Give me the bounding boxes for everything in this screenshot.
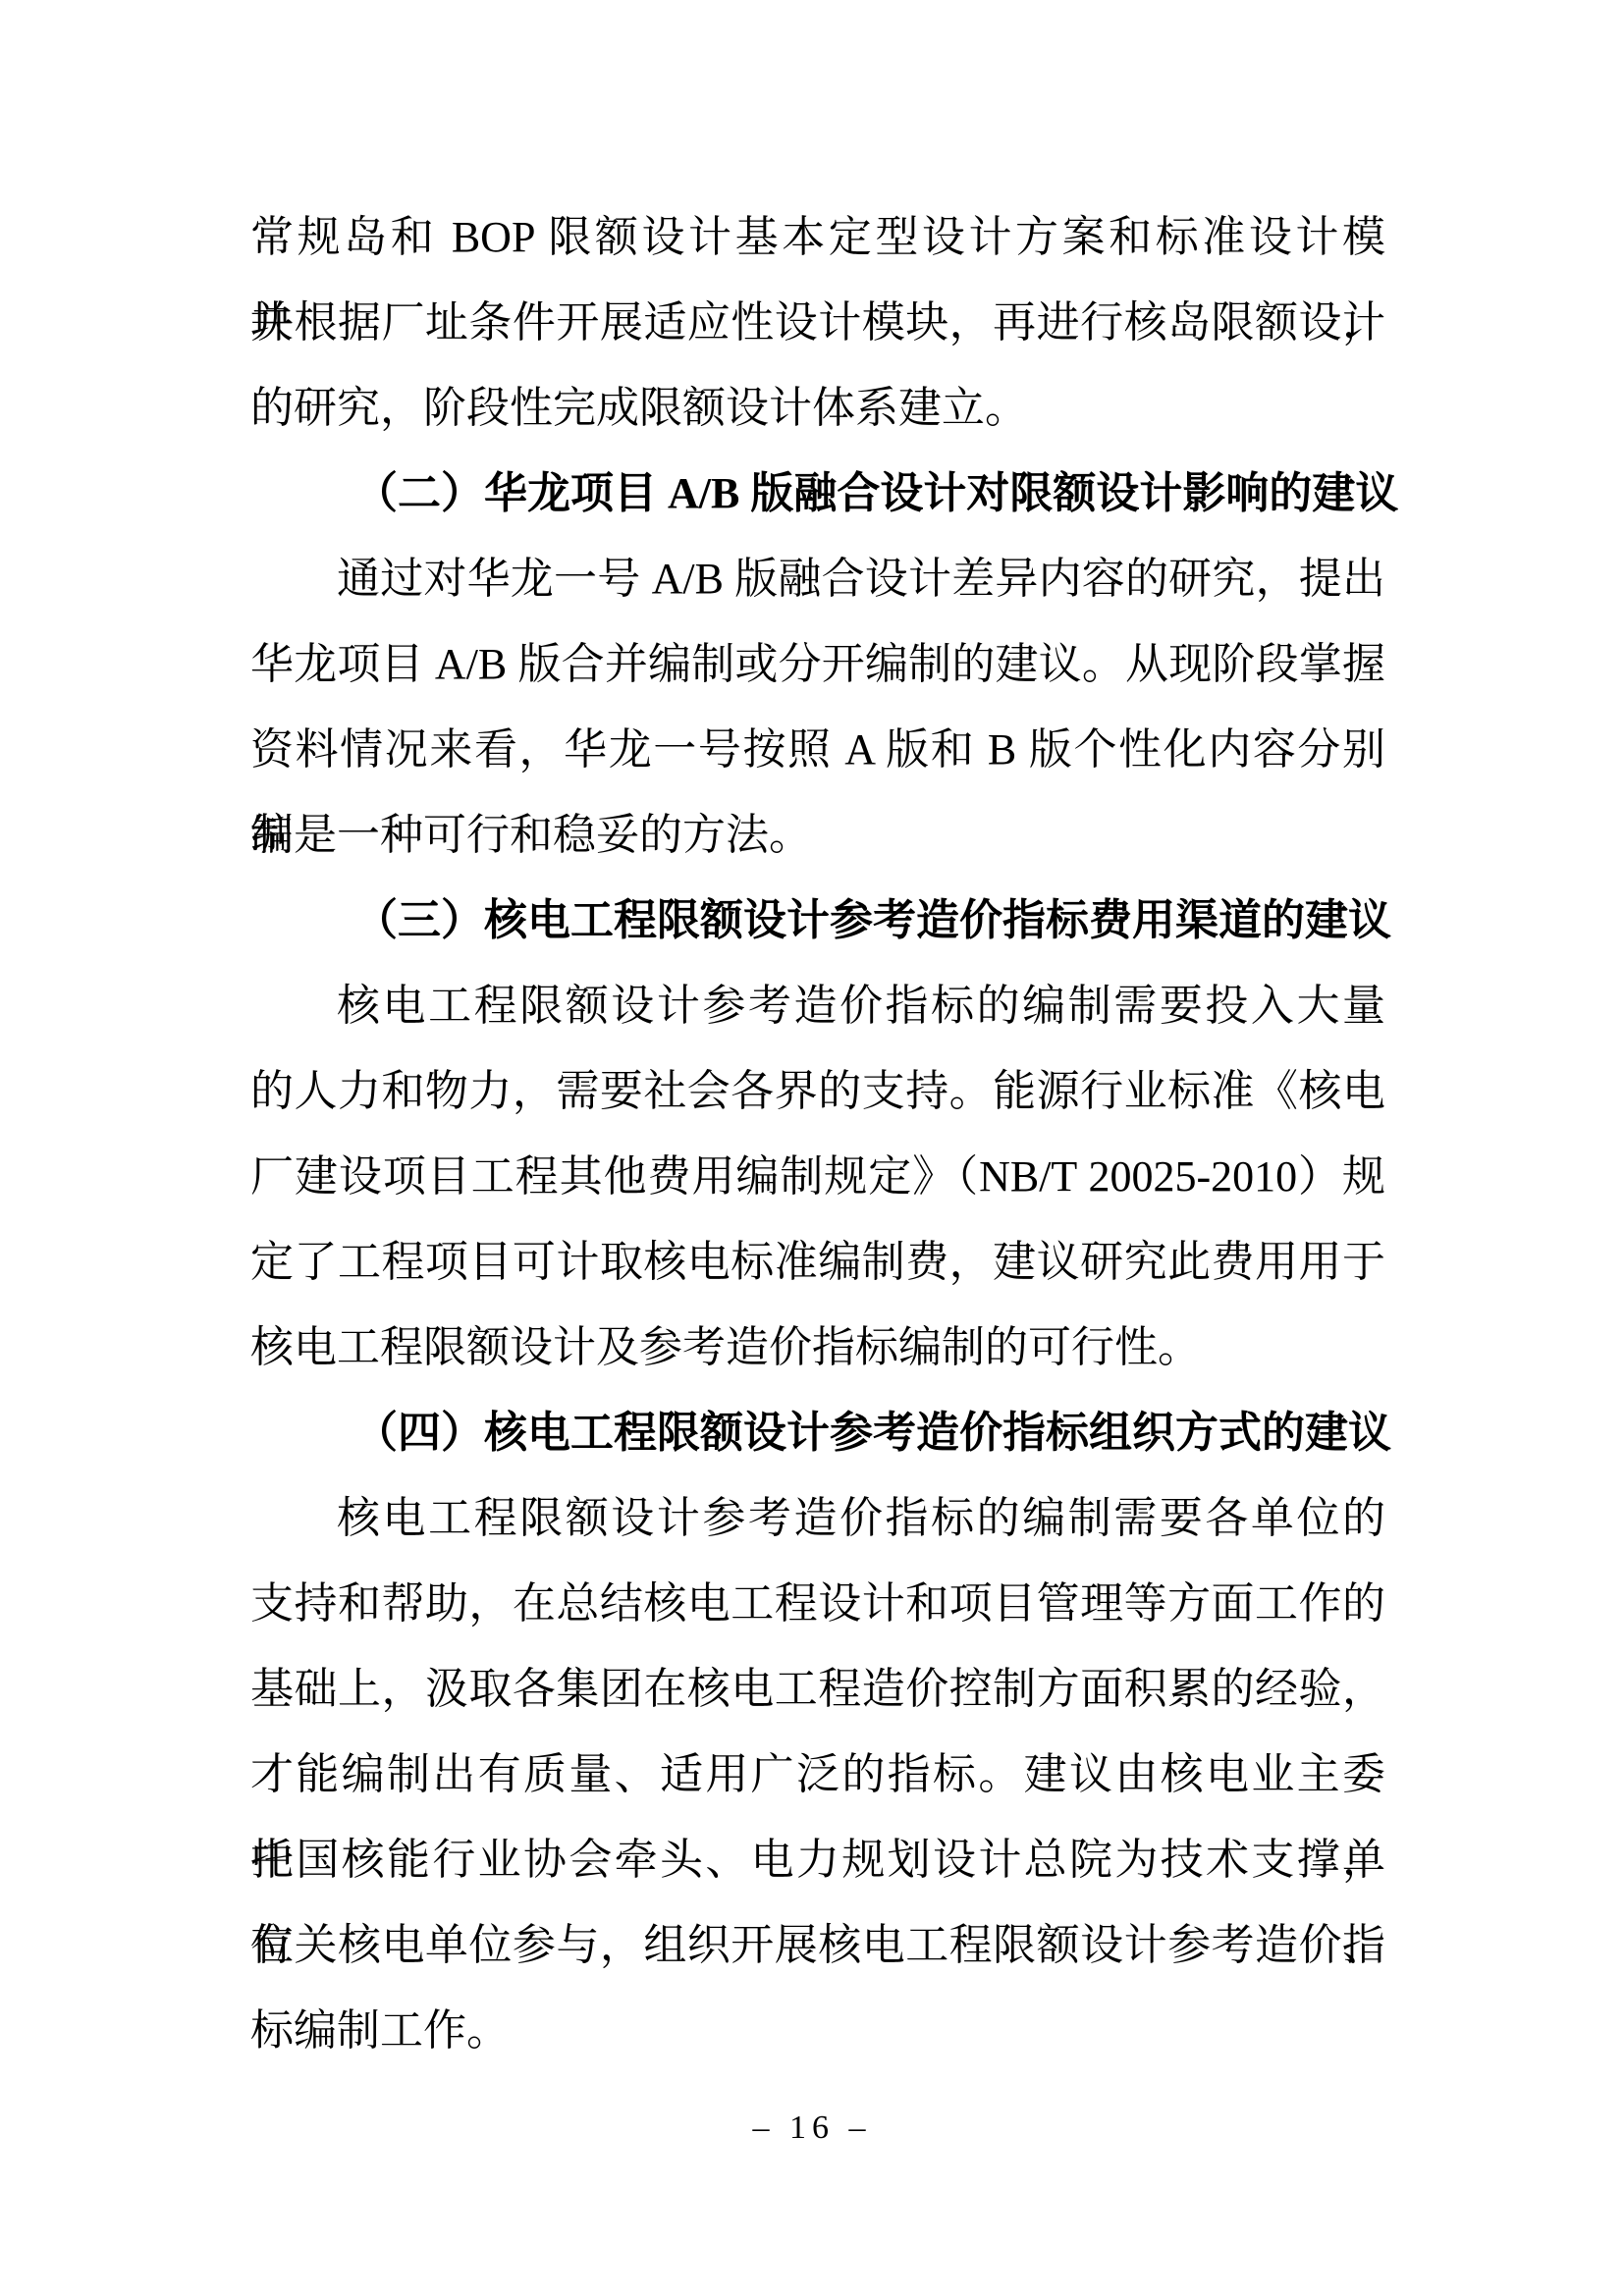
- text-line: 厂建设项目工程其他费用编制规定》（NB/T 20025-2010）规: [250, 1134, 1385, 1219]
- text-line: 支持和帮助，在总结核电工程设计和项目管理等方面工作的: [250, 1561, 1385, 1646]
- document-body: 常规岛和 BOP 限额设计基本定型设计方案和标准设计模块， 并根据厂址条件开展适…: [250, 194, 1385, 2073]
- text-line: 定了工程项目可计取核电标准编制费，建议研究此费用用于: [250, 1219, 1385, 1305]
- document-page: 常规岛和 BOP 限额设计基本定型设计方案和标准设计模块， 并根据厂址条件开展适…: [0, 0, 1624, 2296]
- section-heading-4: （四）核电工程限额设计参考造价指标组织方式的建议: [250, 1390, 1385, 1475]
- text-line: 基础上，汲取各集团在核电工程造价控制方面积累的经验，: [250, 1646, 1385, 1732]
- text-line: 核电工程限额设计及参考造价指标编制的可行性。: [250, 1305, 1385, 1390]
- text-line: 资料情况来看，华龙一号按照 A 版和 B 版个性化内容分别编: [250, 707, 1385, 792]
- text-line: 才能编制出有质量、适用广泛的指标。建议由核电业主委托，: [250, 1732, 1385, 1817]
- section-heading-2: （二）华龙项目 A/B 版融合设计对限额设计影响的建议: [250, 451, 1385, 536]
- text-line: 有关核电单位参与，组织开展核电工程限额设计参考造价指: [250, 1902, 1385, 1988]
- section-heading-3: （三）核电工程限额设计参考造价指标费用渠道的建议: [250, 878, 1385, 963]
- text-line: 通过对华龙一号 A/B 版融合设计差异内容的研究，提出: [250, 536, 1385, 621]
- text-line: 核电工程限额设计参考造价指标的编制需要各单位的: [250, 1475, 1385, 1561]
- text-line: 常规岛和 BOP 限额设计基本定型设计方案和标准设计模块，: [250, 194, 1385, 280]
- text-line: 华龙项目 A/B 版合并编制或分开编制的建议。从现阶段掌握: [250, 621, 1385, 707]
- text-line: 制是一种可行和稳妥的方法。: [250, 792, 1385, 878]
- text-line: 中国核能行业协会牵头、电力规划设计总院为技术支撑单位、: [250, 1817, 1385, 1902]
- text-line: 并根据厂址条件开展适应性设计模块，再进行核岛限额设计: [250, 280, 1385, 365]
- text-line: 的人力和物力，需要社会各界的支持。能源行业标准《核电: [250, 1048, 1385, 1134]
- page-number: – 16 –: [0, 2101, 1624, 2156]
- text-line: 的研究，阶段性完成限额设计体系建立。: [250, 365, 1385, 451]
- text-line: 标编制工作。: [250, 1988, 1385, 2073]
- text-line: 核电工程限额设计参考造价指标的编制需要投入大量: [250, 963, 1385, 1048]
